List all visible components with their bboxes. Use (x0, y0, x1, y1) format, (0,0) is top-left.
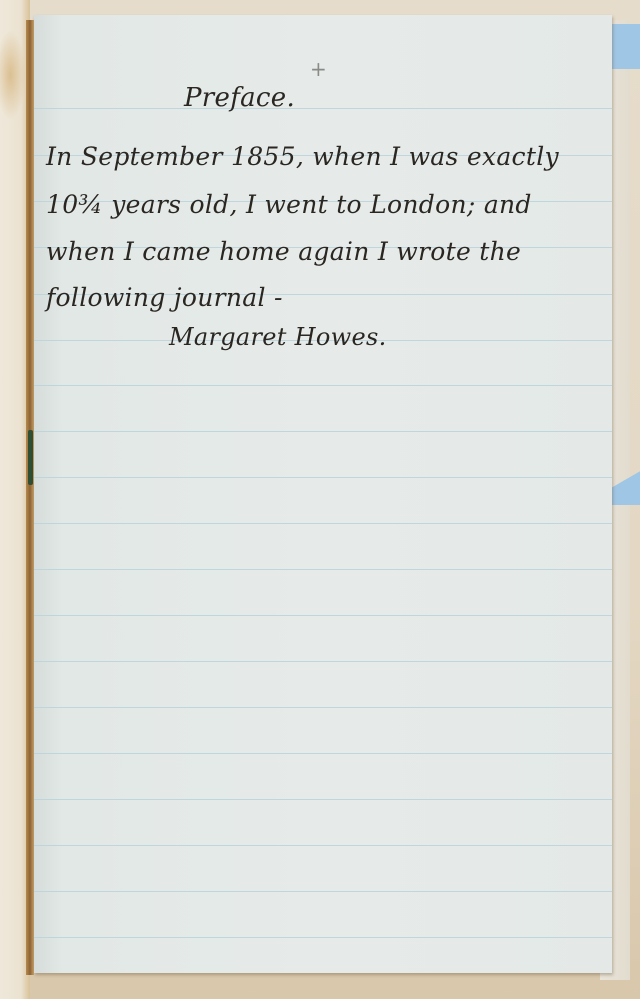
page-title: Preface. (184, 83, 295, 113)
text-line: 10¾ years old, I went to London; and (46, 190, 532, 219)
rule-line (34, 569, 612, 570)
binding-thread (28, 430, 33, 485)
rule-line (34, 523, 612, 524)
rule-line (34, 799, 612, 800)
rule-line (34, 431, 612, 432)
rule-line (34, 615, 612, 616)
journal-page: + Preface. In September 1855, when I was… (34, 15, 612, 973)
blue-paper-tab-top (612, 24, 640, 69)
text-line: when I came home again I wrote the (46, 237, 521, 266)
rule-line (34, 937, 612, 938)
blue-paper-tab-middle (610, 470, 640, 505)
rule-line (34, 891, 612, 892)
rule-line (34, 385, 612, 386)
rule-line (34, 707, 612, 708)
signature: Margaret Howes. (169, 323, 387, 351)
rule-line (34, 753, 612, 754)
age-stain (0, 30, 26, 120)
pencil-cross-mark: + (310, 57, 327, 81)
rule-line (34, 108, 612, 109)
binding-spine (26, 20, 34, 975)
rule-line (34, 845, 612, 846)
text-line: In September 1855, when I was exactly (46, 142, 559, 171)
text-line: following journal - (46, 283, 283, 312)
rule-line (34, 477, 612, 478)
rule-line (34, 661, 612, 662)
